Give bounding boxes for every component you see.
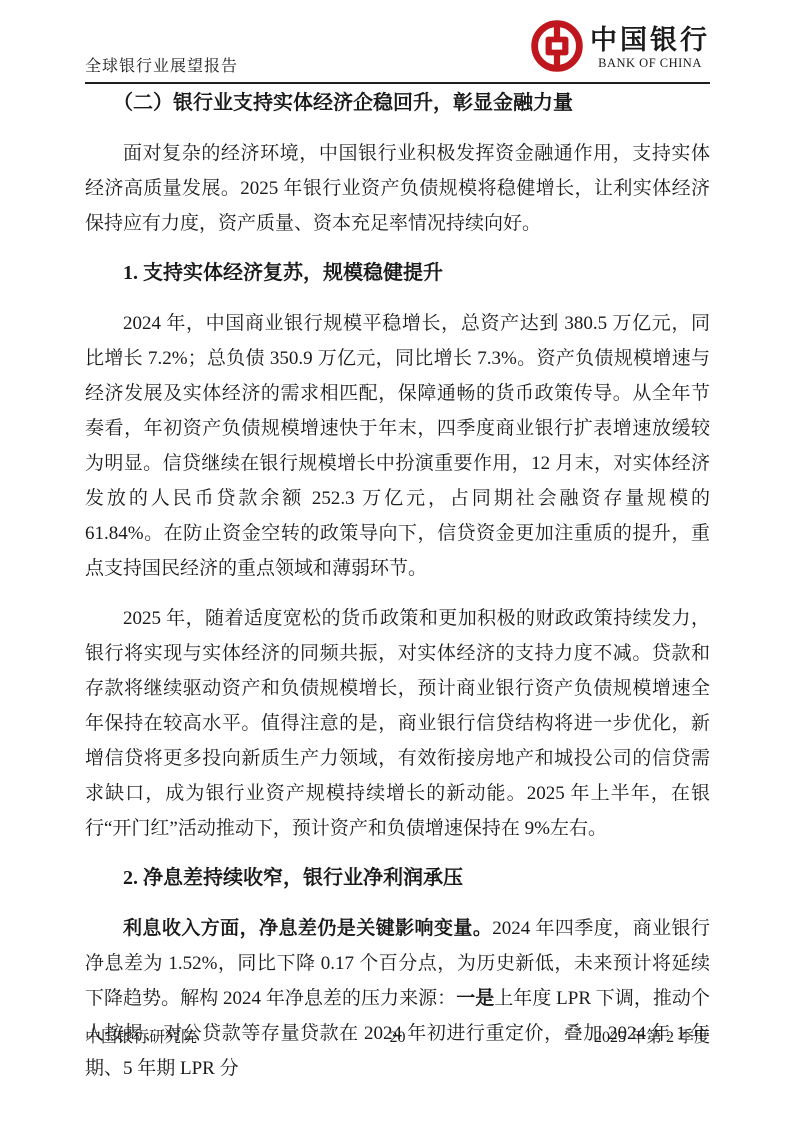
boc-logo: 中国银行 BANK OF CHINA: [531, 20, 710, 77]
paragraph-nim: 利息收入方面，净息差仍是关键影响变量。2024 年四季度，商业银行净息差为 1.…: [85, 911, 710, 1086]
section-heading: （二）银行业支持实体经济企稳回升，彰显金融力量: [85, 86, 710, 121]
paragraph-intro: 面对复杂的经济环境，中国银行业积极发挥资金融通作用，支持实体经济高质量发展。20…: [85, 136, 710, 241]
page-footer: 中国银行研究院 20 2025 年第 2 季度: [85, 1028, 710, 1048]
document-body: （二）银行业支持实体经济企稳回升，彰显金融力量 面对复杂的经济环境，中国银行业积…: [85, 84, 710, 1101]
paragraph-2025-outlook: 2025 年，随着适度宽松的货币政策和更加积极的财政政策持续发力，银行将实现与实…: [85, 601, 710, 846]
footer-page-number: 20: [390, 1028, 406, 1048]
footer-institute: 中国银行研究院: [85, 1028, 197, 1048]
page-header: 全球银行业展望报告 中国银行 BANK OF CHINA: [85, 0, 710, 84]
nim-bold-lead: 利息收入方面，净息差仍是关键影响变量。: [123, 918, 492, 939]
boc-logo-text: 中国银行 BANK OF CHINA: [590, 27, 710, 70]
document-page: 全球银行业展望报告 中国银行 BANK OF CHINA （二）银行业支持实体经…: [0, 0, 793, 1121]
paragraph-scale: 2024 年，中国商业银行规模平稳增长，总资产达到 380.5 万亿元，同比增长…: [85, 306, 710, 586]
footer-issue: 2025 年第 2 季度: [594, 1028, 710, 1048]
subheading-2: 2. 净息差持续收窄，银行业净利润承压: [85, 861, 710, 896]
boc-emblem-icon: [531, 20, 583, 77]
boc-logo-cn-name: 中国银行: [590, 27, 710, 54]
report-title: 全球银行业展望报告: [85, 53, 238, 78]
subheading-1: 1. 支持实体经济复苏，规模稳健提升: [85, 256, 710, 291]
nim-bold-mid: 一是: [456, 988, 494, 1009]
boc-logo-en-name: BANK OF CHINA: [598, 57, 702, 70]
